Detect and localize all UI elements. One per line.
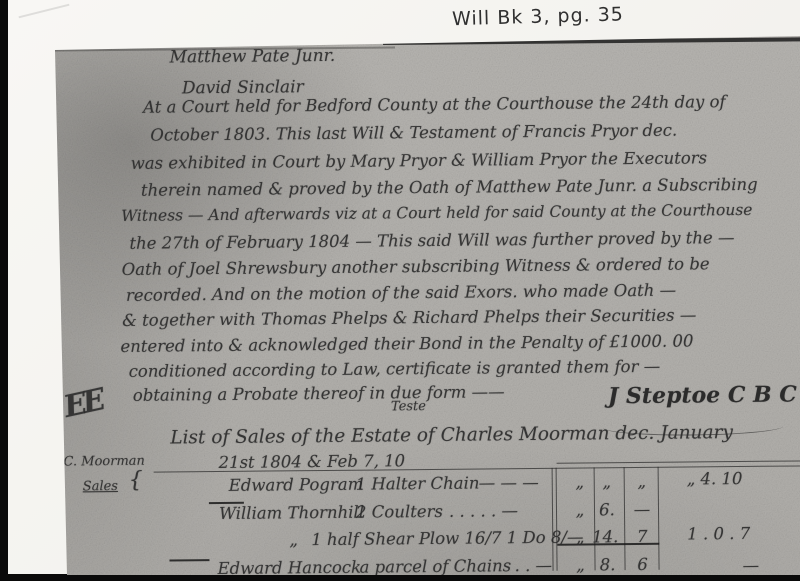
row1-leader: — — — — [479, 473, 539, 493]
row1-item: 1 Halter Chain — [356, 474, 480, 494]
table-vertical-rule-4 — [658, 467, 660, 570]
record-line-10: entered into & acknowledged their Bond i… — [120, 331, 693, 356]
row3-col3: 7 — [627, 527, 657, 546]
clerk-signature: J Steptoe C B C — [608, 381, 797, 409]
record-line-11: conditioned according to Law, certificat… — [129, 357, 661, 381]
row1-col3: „ — [627, 472, 657, 491]
row2-buyer: William Thornhill — [219, 503, 364, 523]
row4-buyer: Edward Hancock — [217, 558, 361, 575]
row2-item: 2 Coulters — [356, 502, 443, 522]
record-line-12: obtaining a Probate thereof in due form … — [133, 382, 505, 405]
record-line-5: Witness — And afterwards viz at a Court … — [121, 201, 752, 225]
margin-sales-label: Sales — [83, 479, 118, 494]
row1-amount: „ 4. 10 — [687, 469, 743, 489]
row1-buyer: Edward Pogram — [229, 475, 364, 495]
row2-col1: „ — [565, 500, 595, 519]
record-line-9: & together with Thomas Phelps & Richard … — [122, 305, 696, 330]
record-line-3: was exhibited in Court by Mary Pryor & W… — [131, 148, 708, 173]
row4-col1: „ — [565, 555, 595, 574]
table-vertical-rule-3 — [624, 467, 626, 570]
case-name-1: Matthew Pate Junr. — [170, 46, 336, 68]
margin-dash-2 — [169, 559, 209, 561]
row4-col2: 8. — [592, 555, 622, 574]
photocopy-region: Matthew Pate Junr. David Sinclair At a C… — [55, 36, 800, 575]
row3-buyer: „ — [289, 530, 298, 549]
row4-col3: 6 — [627, 555, 657, 574]
row3-item: 1 half Shear Plow 16/7 1 Do 8/— — [311, 528, 583, 550]
row2-col2: 6. — [592, 500, 622, 519]
row1-col2: „ — [592, 472, 622, 491]
sales-title-line-1: List of Sales of the Estate of Charles M… — [170, 422, 733, 448]
row3-amount: 1 . 0 . 7 — [687, 524, 750, 544]
row1-col1: „ — [565, 472, 595, 491]
document-content: Matthew Pate Junr. David Sinclair At a C… — [55, 36, 800, 575]
table-vertical-rule-1b — [556, 468, 558, 571]
record-line-8: recorded. And on the motion of the said … — [126, 281, 676, 305]
case-name-2: David Sinclair — [182, 77, 304, 98]
record-line-6: the 27th of February 1804 — This said Wi… — [129, 228, 734, 253]
margin-brace: { — [129, 468, 143, 493]
row2-leader: . . . . . — — [449, 501, 518, 521]
row3-col2: 14. — [590, 527, 620, 546]
record-line-2: October 1803. This last Will & Testament… — [150, 121, 677, 145]
table-top-rule-right — [557, 460, 800, 463]
record-line-7: Oath of Joel Shrewsbury another subscrib… — [122, 254, 710, 279]
underlying-paper-edge — [19, 4, 70, 19]
row2-col3: — — [627, 500, 657, 519]
row4-leader: . . — — [514, 556, 552, 575]
examined-mark: EE — [61, 383, 105, 425]
row4-amount: — — [742, 556, 759, 575]
record-line-4: therein named & proved by the Oath of Ma… — [141, 175, 758, 200]
teste-label: Teste — [391, 399, 426, 414]
row4-item: a parcel of Chains — [359, 556, 511, 575]
